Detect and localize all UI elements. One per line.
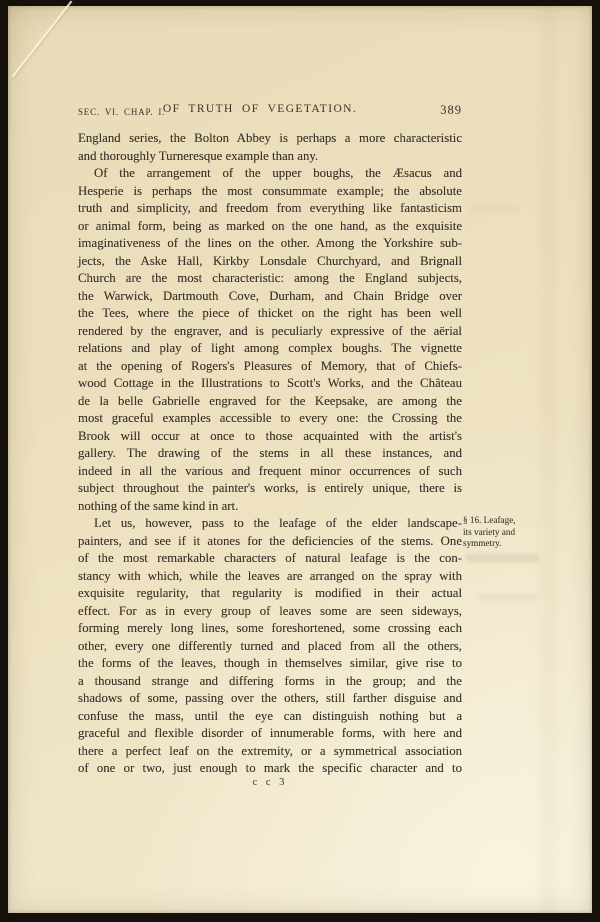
corner-shade: [8, 6, 62, 76]
text-line: painters, and see if it atones for the d…: [78, 533, 462, 551]
text-line: exquisite regularity, that regularity is…: [78, 585, 462, 603]
text-line: there a perfect leaf on the extremity, o…: [78, 743, 462, 761]
text-line: most graceful examples accessible to eve…: [78, 410, 462, 428]
text-line: de la belle Gabrielle engraved for the K…: [78, 393, 462, 411]
header-running-title: OF TRUTH OF VEGETATION.: [78, 103, 442, 115]
text-line: or animal form, being as marked on the o…: [78, 218, 462, 236]
text-line: truth and simplicity, and freedom from e…: [78, 200, 462, 218]
body-text: England series, the Bolton Abbey is perh…: [78, 130, 462, 778]
paragraph-leafage: Let us, however, pass to the leafage of …: [78, 515, 462, 778]
text-line: the Warwick, Dartmouth Cove, Durham, and…: [78, 288, 462, 306]
text-line: at the opening of Rogers's Pleasures of …: [78, 358, 462, 376]
text-line: forming merely long lines, some foreshor…: [78, 620, 462, 638]
page-paper: SEC. VI. CHAP. I. OF TRUTH OF VEGETATION…: [8, 6, 592, 913]
bleedthrough-smudge: [466, 554, 538, 562]
text-line: Of the arrangement of the upper boughs, …: [78, 165, 462, 183]
text-line: confuse the mass, until the eye can dist…: [78, 708, 462, 726]
text-line: Let us, however, pass to the leafage of …: [78, 515, 462, 533]
text-line: rendered by the engraver, and is peculia…: [78, 323, 462, 341]
text-line: of the most remarkable characters of nat…: [78, 550, 462, 568]
text-line: and thoroughly Turneresque example than …: [78, 148, 462, 166]
text-line: subject throughout the painter's works, …: [78, 480, 462, 498]
text-line: imaginativeness of the lines on the othe…: [78, 235, 462, 253]
scanned-book-page: SEC. VI. CHAP. I. OF TRUTH OF VEGETATION…: [0, 0, 600, 922]
header-page-number: 389: [440, 103, 462, 118]
text-line: of one or two, just enough to mark the s…: [78, 760, 462, 778]
paragraph-upper-boughs: Of the arrangement of the upper boughs, …: [78, 165, 462, 515]
paper-tone-band: [532, 6, 566, 913]
text-line: other, every one differently turned and …: [78, 638, 462, 656]
margin-note-section-16: § 16. Leafage, its variety and symmetry.: [463, 515, 555, 550]
text-line: Brook will occur at once to those acquai…: [78, 428, 462, 446]
text-line: effect. For as in every group of leaves …: [78, 603, 462, 621]
text-line: relations and play of light among comple…: [78, 340, 462, 358]
text-line: England series, the Bolton Abbey is perh…: [78, 130, 462, 148]
text-line: jects, the Aske Hall, Kirkby Lonsdale Ch…: [78, 253, 462, 271]
text-line: shadows of some, passing over the others…: [78, 690, 462, 708]
text-line: Church are the most characteristic: amon…: [78, 270, 462, 288]
text-line: indeed in all the various and frequent m…: [78, 463, 462, 481]
text-line: a thousand strange and differing forms i…: [78, 673, 462, 691]
margin-note-line: § 16. Leafage,: [463, 515, 555, 527]
bleedthrough-smudge: [470, 206, 520, 212]
text-line: nothing of the same kind in art.: [78, 498, 462, 516]
text-line: graceful and flexible disorder of innume…: [78, 725, 462, 743]
signature-mark: c c 3: [78, 777, 462, 788]
text-line: gallery. The drawing of the stems in all…: [78, 445, 462, 463]
bleedthrough-smudge: [478, 594, 536, 601]
text-line: the forms of the leaves, though in thems…: [78, 655, 462, 673]
text-line: stancy with which, while the leaves are …: [78, 568, 462, 586]
text-line: wood Cottage in the Illustrations to Sco…: [78, 375, 462, 393]
text-line: the Tees, where the piece of thicket on …: [78, 305, 462, 323]
text-line: Hesperie is perhaps the most consummate …: [78, 183, 462, 201]
margin-note-line: symmetry.: [463, 538, 555, 550]
page-header: SEC. VI. CHAP. I. OF TRUTH OF VEGETATION…: [78, 103, 462, 119]
paragraph-continuation: England series, the Bolton Abbey is perh…: [78, 130, 462, 165]
margin-note-line: its variety and: [463, 527, 555, 539]
